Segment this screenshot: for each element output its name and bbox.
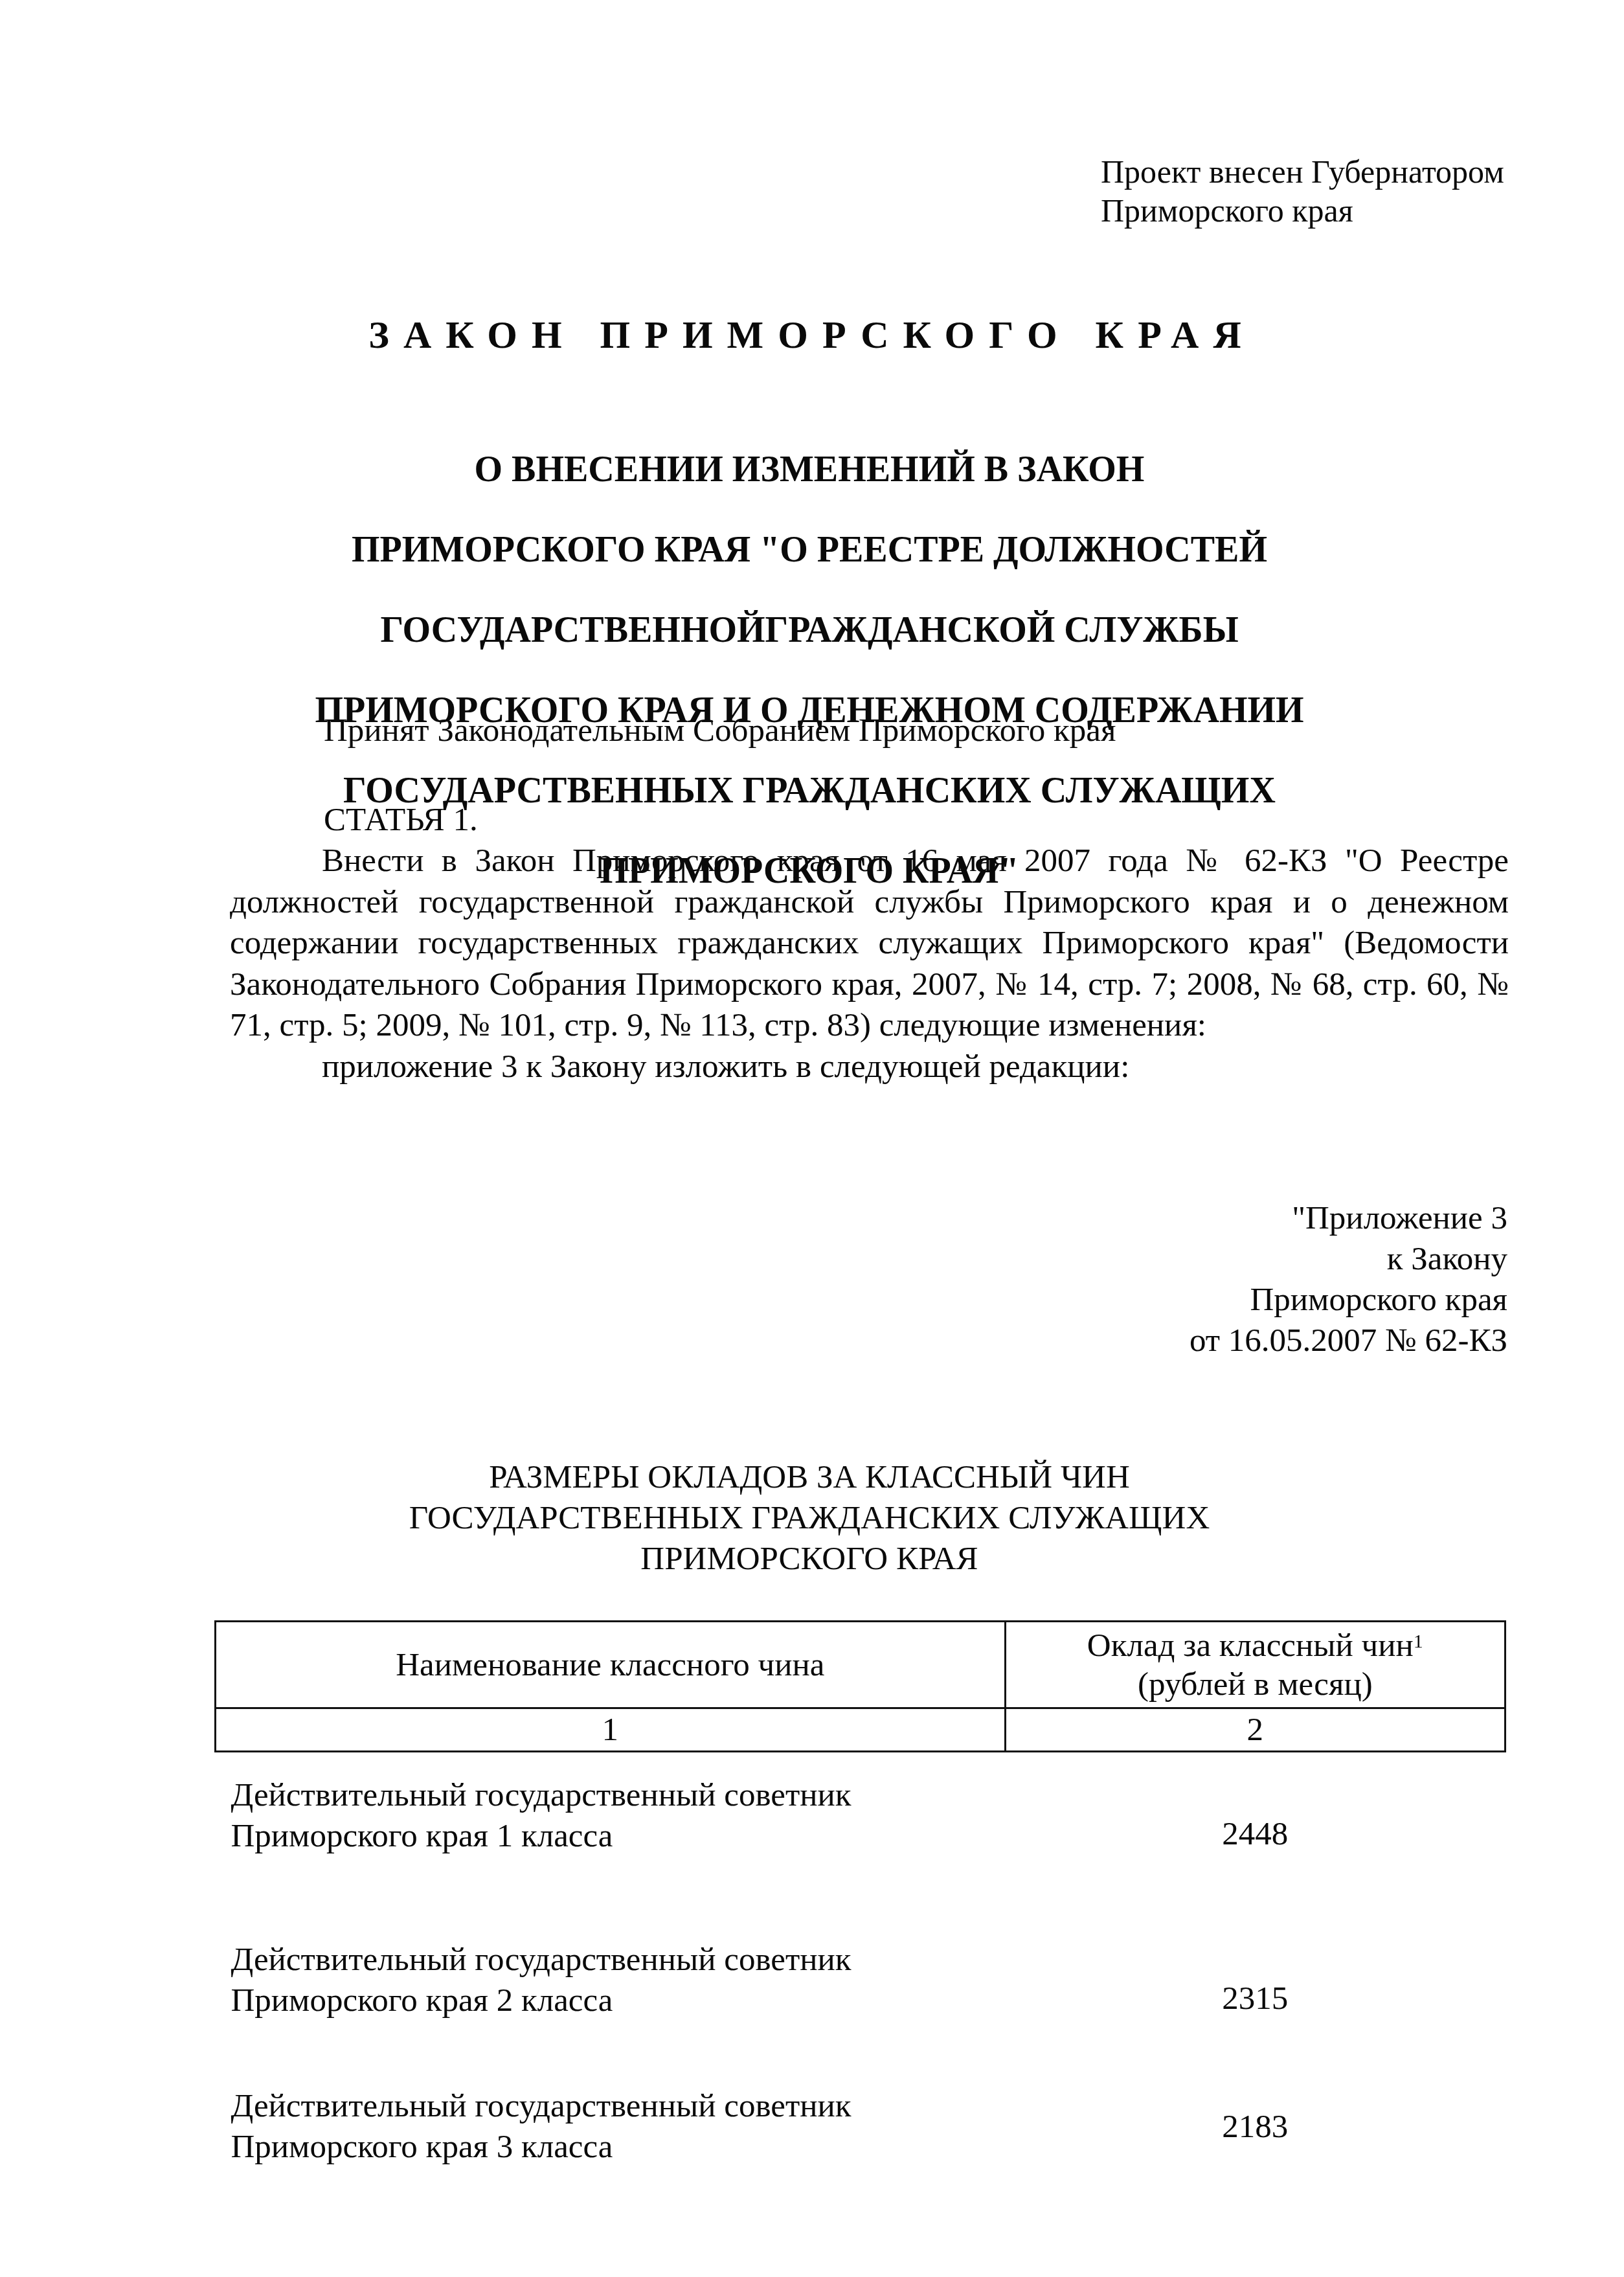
subtitle-line: ГОСУДАРСТВЕННОЙГРАЖДАНСКОЙ СЛУЖБЫ [259,610,1360,650]
column-number: 2 [1005,1708,1505,1752]
salary-header-line1: Оклад за классный чин [1087,1627,1414,1664]
salary-value: 2183 [1005,2081,1505,2172]
table-row: Действительный государственный советник … [216,1752,1506,1880]
column-number: 1 [216,1708,1006,1752]
submitted-by-note: Проект внесен Губернатором Приморского к… [1101,152,1504,230]
rank-name: Действительный государственный советник … [216,1752,1006,1880]
adopted-by: Принят Законодательным Собранием Приморс… [324,711,1116,750]
appendix-ref-line3: Приморского края [1190,1280,1507,1320]
table-row: Действительный государственный советник … [216,1917,1506,2044]
appendix-reference: "Приложение 3 к Закону Приморского края … [1190,1198,1507,1361]
appendix-ref-line1: "Приложение 3 [1190,1198,1507,1239]
table-title-line2: ГОСУДАРСТВЕННЫХ ГРАЖДАНСКИХ СЛУЖАЩИХ [259,1498,1360,1539]
footnote-marker: 1 [1414,1631,1423,1652]
table-row: Действительный государственный советник … [216,2081,1506,2172]
table-title: РАЗМЕРЫ ОКЛАДОВ ЗА КЛАССНЫЙ ЧИН ГОСУДАРС… [259,1457,1360,1580]
column-header-salary: Оклад за классный чин1 (рублей в месяц) [1005,1622,1505,1708]
article-paragraph-1: Внести в Закон Приморского края от 16 ма… [230,841,1509,1047]
article-body: Внести в Закон Приморского края от 16 ма… [230,841,1509,1087]
column-number-row: 1 2 [216,1708,1506,1752]
salary-header-line2: (рублей в месяц) [1006,1665,1504,1704]
table-header-row: Наименование классного чина Оклад за кла… [216,1622,1506,1708]
appendix-ref-line2: к Закону [1190,1239,1507,1280]
subtitle-line: О ВНЕСЕНИИ ИЗМЕНЕНИЙ В ЗАКОН [259,449,1360,490]
salary-value: 2315 [1005,1917,1505,2044]
submitted-by-line1: Проект внесен Губернатором [1101,152,1504,191]
appendix-ref-line4: от 16.05.2007 № 62-КЗ [1190,1320,1507,1361]
table-title-line3: ПРИМОРСКОГО КРАЯ [259,1539,1360,1580]
article-paragraph-2: приложение 3 к Закону изложить в следующ… [230,1047,1509,1088]
submitted-by-line2: Приморского края [1101,191,1504,230]
law-title: ЗАКОН ПРИМОРСКОГО КРАЯ [0,312,1624,357]
subtitle-line: ПРИМОРСКОГО КРАЯ "О РЕЕСТРЕ ДОЛЖНОСТЕЙ [259,530,1360,570]
salary-value: 2448 [1005,1752,1505,1880]
table-title-line1: РАЗМЕРЫ ОКЛАДОВ ЗА КЛАССНЫЙ ЧИН [259,1457,1360,1498]
article-heading: СТАТЬЯ 1. [324,800,478,839]
salary-table: Наименование классного чина Оклад за кла… [214,1620,1506,2172]
column-header-rank: Наименование классного чина [216,1622,1006,1708]
rank-name: Действительный государственный советник … [216,1917,1006,2044]
rank-name: Действительный государственный советник … [216,2081,1006,2172]
